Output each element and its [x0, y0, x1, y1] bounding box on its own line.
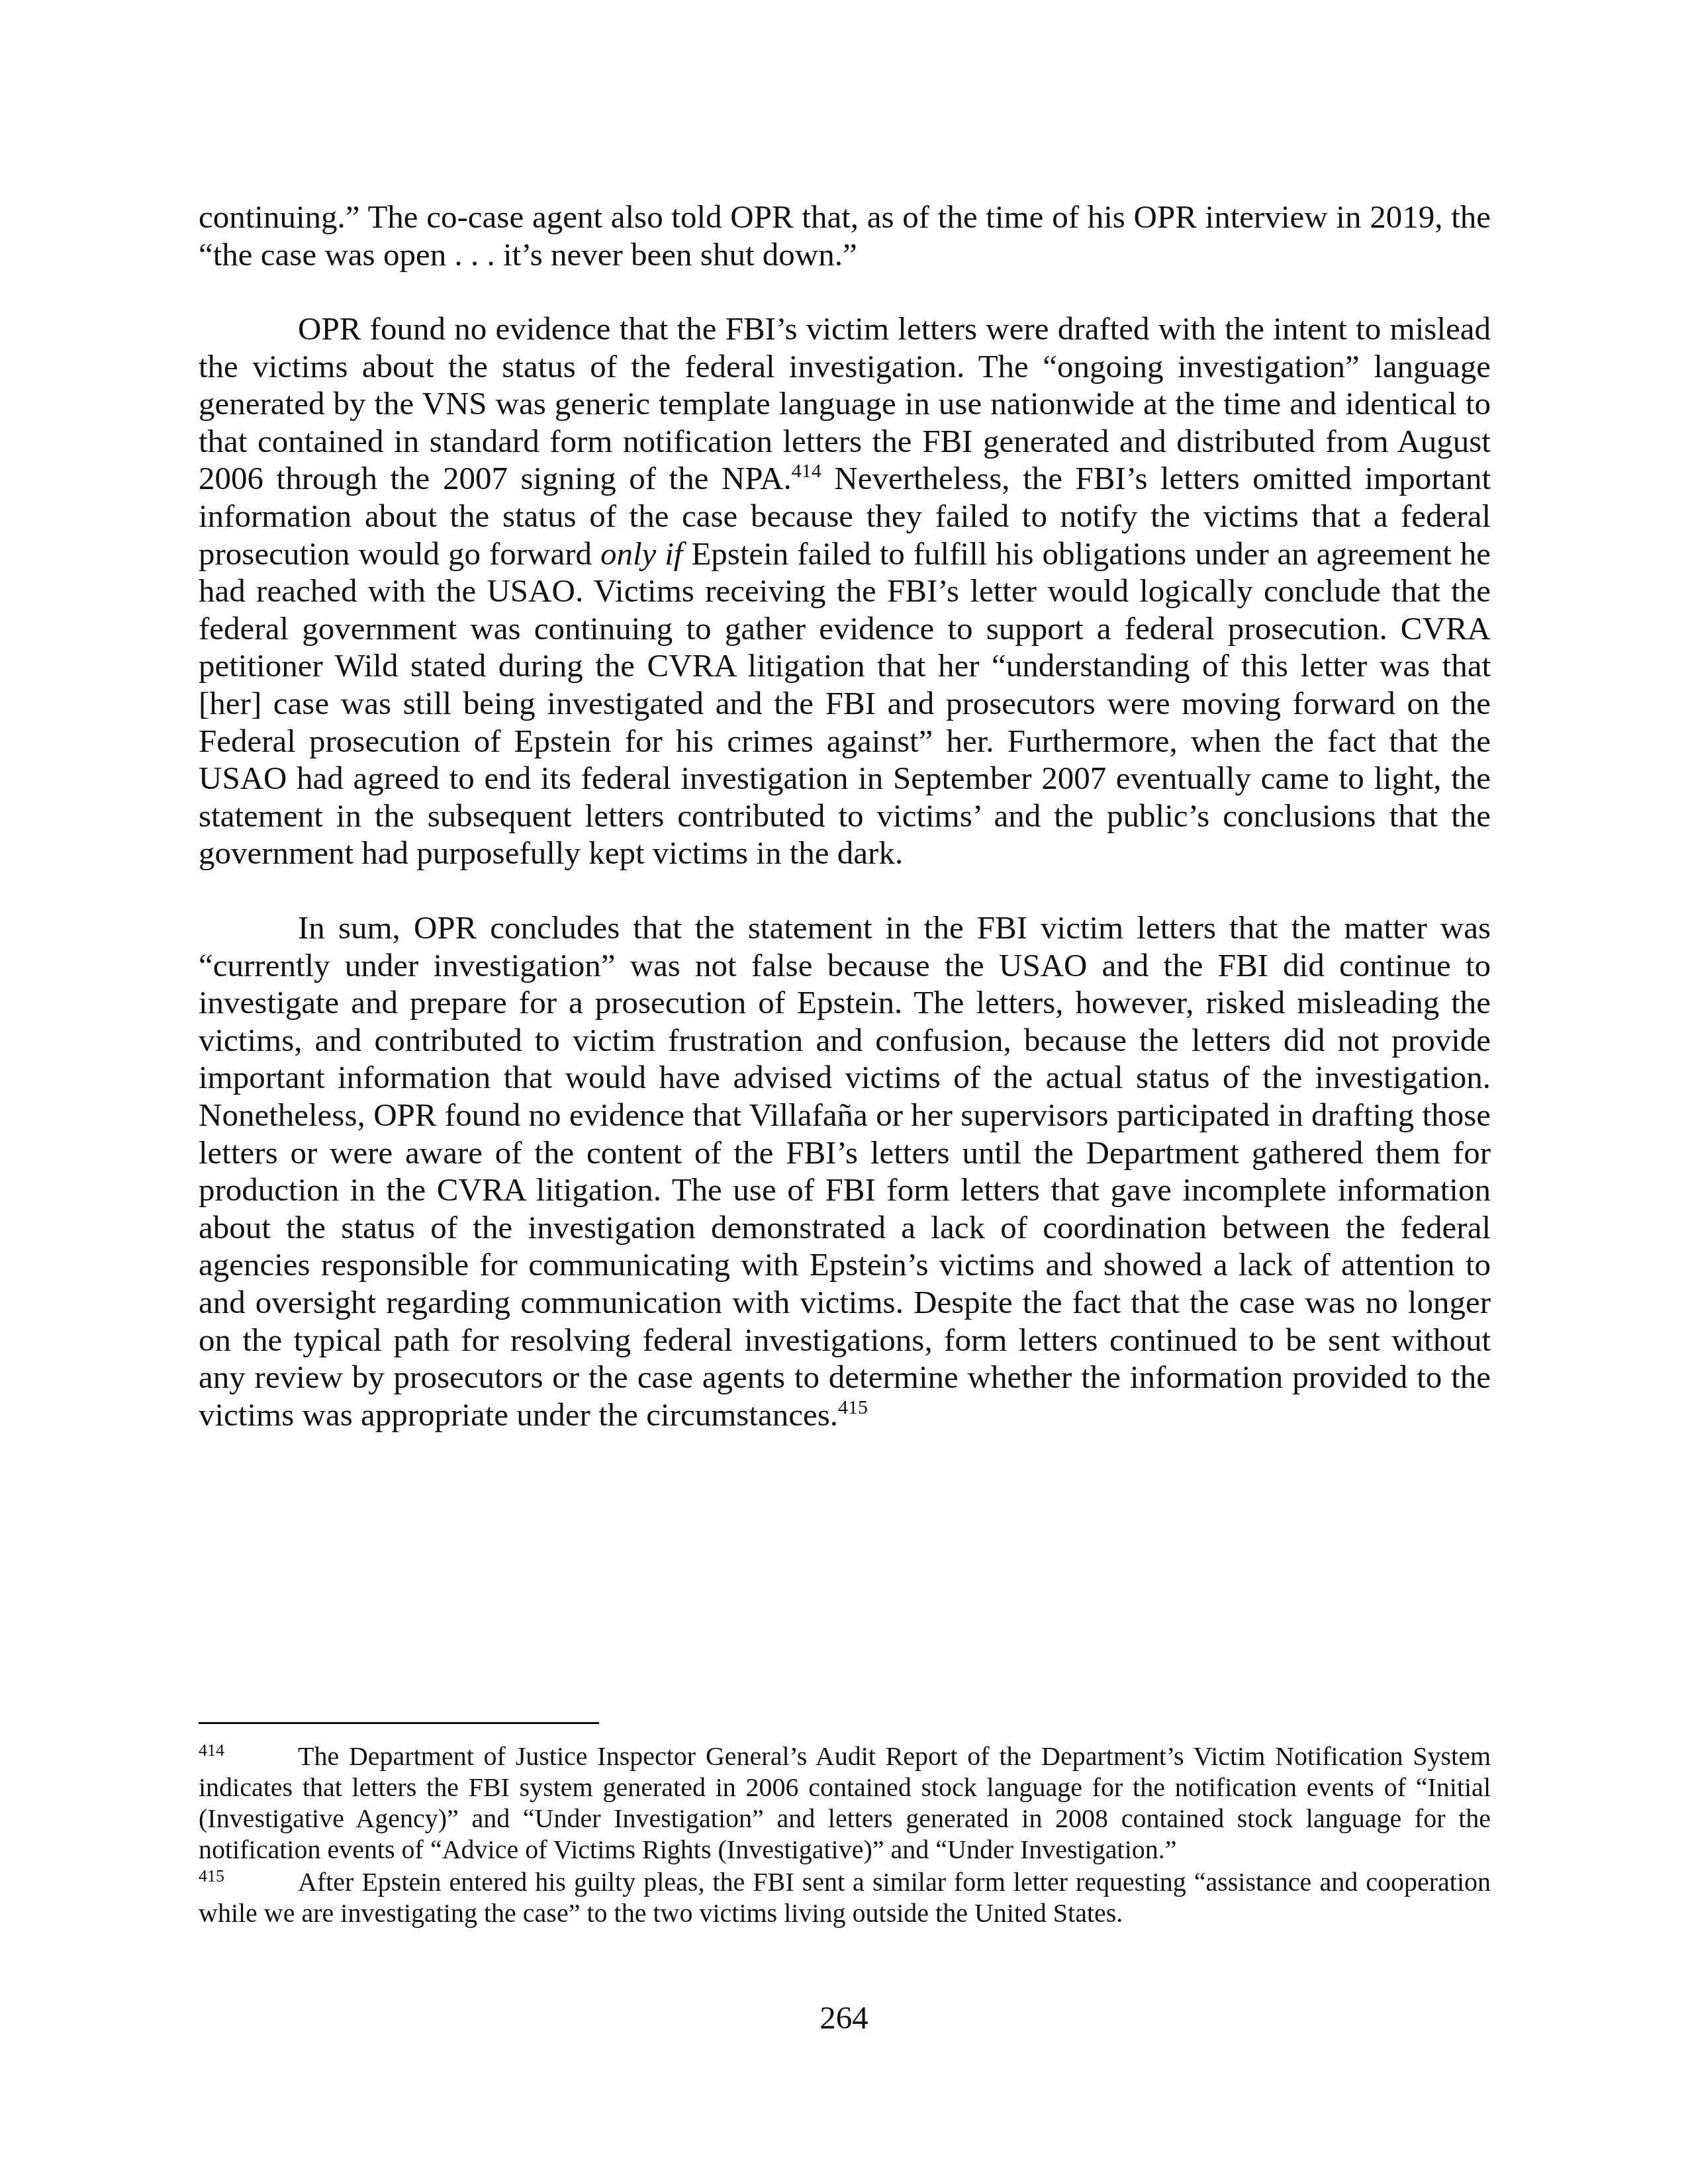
footnote-414: 414The Department of Justice Inspector G… — [199, 1741, 1491, 1865]
page-number: 264 — [0, 1999, 1688, 2036]
document-page: continuing.” The co-case agent also told… — [0, 0, 1688, 2184]
footnote-text: The Department of Justice Inspector Gene… — [199, 1741, 1491, 1864]
footnote-415: 415After Epstein entered his guilty plea… — [199, 1866, 1491, 1929]
paragraph-conclusion: In sum, OPR concludes that the statement… — [199, 909, 1491, 1433]
footnote-text: After Epstein entered his guilty pleas, … — [199, 1867, 1491, 1928]
paragraph-text: In sum, OPR concludes that the statement… — [199, 909, 1491, 1433]
paragraph-text: continuing.” The co-case agent also told… — [199, 199, 1491, 273]
emphasis-text: only if — [600, 535, 683, 572]
footnote-reference-415[interactable]: 415 — [838, 1396, 868, 1418]
paragraph-continuation: continuing.” The co-case agent also told… — [199, 199, 1491, 273]
footnote-reference-414[interactable]: 414 — [792, 460, 821, 482]
paragraph-fbi-letters-evidence: OPR found no evidence that the FBI’s vic… — [199, 310, 1491, 872]
paragraph-text: Epstein failed to fulfill his obligation… — [199, 535, 1491, 872]
footnote-separator — [199, 1722, 599, 1724]
